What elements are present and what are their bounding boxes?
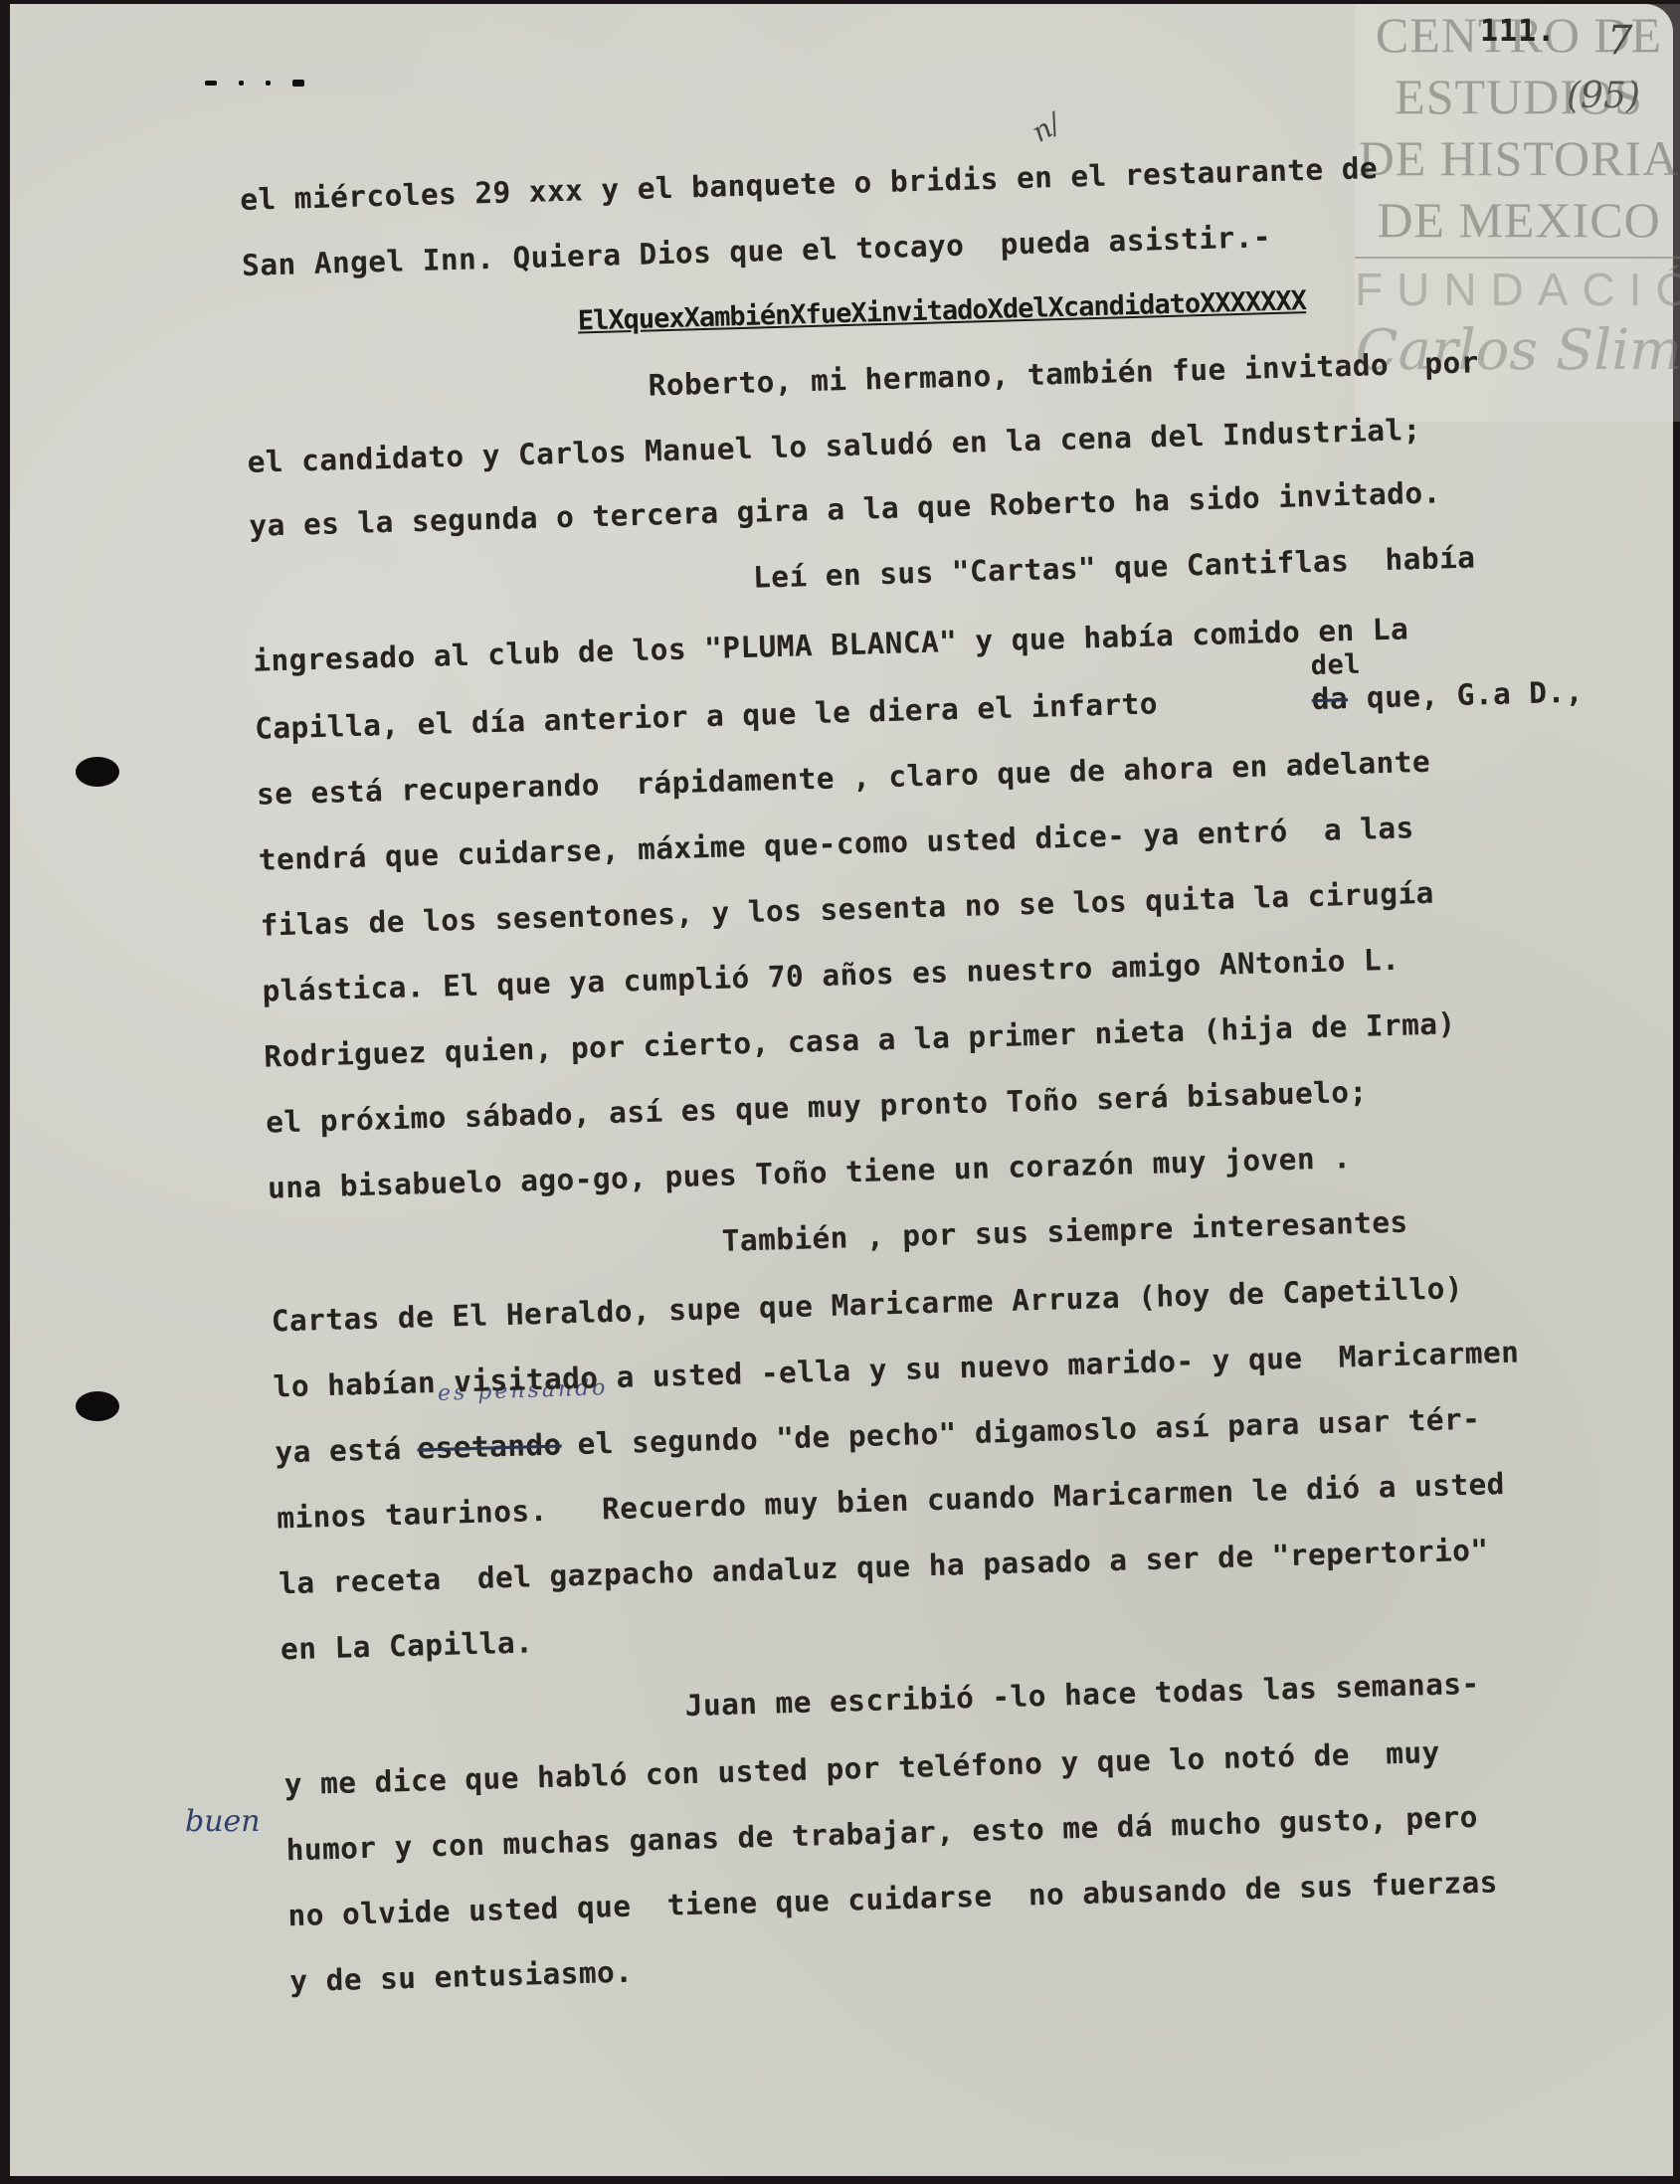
typewriter-marks: [205, 80, 304, 87]
text-line: minos taurinos. Recuerdo muy bien cuando…: [277, 1467, 1505, 1535]
struck-word: da: [1311, 681, 1348, 716]
handwritten-corner-number: 7: [1607, 18, 1632, 64]
text-line: También , por sus siempre interesantes: [721, 1205, 1408, 1258]
text-line: una bisabuelo ago-go, pues Toño tiene un…: [268, 1141, 1352, 1204]
watermark-line-4: DE MEXICO: [1355, 189, 1680, 251]
watermark-divider: [1355, 257, 1680, 259]
text-line: lo habían visitado a usted -ella y su nu…: [273, 1336, 1520, 1404]
page-number: 111.: [1480, 14, 1556, 49]
text-line: no olvide usted que tiene que cuidarse n…: [287, 1865, 1498, 1932]
struck-word: esetando: [417, 1427, 562, 1465]
text-line: que, G.a D.,: [1348, 674, 1584, 715]
text-line: filas de los sesentones, y los sesenta n…: [260, 876, 1434, 943]
watermark-line-3: DE HISTORIA: [1355, 127, 1680, 189]
text-line: el segundo "de pecho" digamoslo así para…: [559, 1402, 1481, 1462]
text-line: ya es la segunda o tercera gira a la que…: [249, 475, 1441, 542]
text-line: ya está: [275, 1431, 420, 1469]
binder-hole-top: [76, 757, 119, 787]
letter-page: CENTRO DE ESTUDIOS DE HISTORIA DE MEXICO…: [10, 4, 1673, 2176]
text-line: Leí en sus "Cartas" que Cantiflas había: [753, 540, 1476, 594]
handwritten-margin-note: buen: [185, 1804, 261, 1839]
struck-out-line: ElXquexXambiénXfueXinvitadoXdelXcandidat…: [577, 285, 1306, 336]
watermark-foundation: FUNDACIÓN: [1355, 263, 1680, 316]
text-line: Juan me escribió -lo hace todas las sema…: [684, 1667, 1480, 1723]
text-line: se está recuperando rápidamente , claro …: [257, 745, 1431, 812]
binder-hole-bottom: [76, 1391, 119, 1421]
text-line: Capilla, el día anterior a que le diera …: [255, 686, 1159, 745]
text-line: plástica. El que ya cumplió 70 años es n…: [262, 943, 1400, 1008]
text-line: tendrá que cuidarse, máxime que-como ust…: [258, 811, 1414, 876]
text-line: humor y con muchas ganas de trabajar, es…: [285, 1800, 1478, 1867]
text-line: ingresado al club de los "PLUMA BLANCA" …: [253, 612, 1409, 677]
text-line: y de su entusiasmo.: [289, 1955, 634, 1999]
text-line: Cartas de El Heraldo, supe que Maricarme…: [271, 1271, 1463, 1338]
inserted-word: del: [1310, 649, 1361, 681]
text-line: la receta del gazpacho andaluz que ha pa…: [279, 1533, 1489, 1600]
text-line: el candidato y Carlos Manuel lo saludó e…: [247, 413, 1421, 479]
text-line: Rodriguez quien, por cierto, casa a la p…: [264, 1006, 1456, 1073]
text-line: San Angel Inn. Quiera Dios que el tocayo…: [242, 220, 1272, 282]
text-line: y me dice que habló con usted por teléfo…: [283, 1735, 1440, 1801]
text-line: el miércoles 29 xxx y el banquete o brid…: [240, 151, 1379, 217]
handwritten-folio: (95): [1567, 76, 1640, 116]
text-line: el próximo sábado, así es que muy pronto…: [266, 1075, 1368, 1140]
text-line: en La Capilla.: [280, 1625, 534, 1666]
handwritten-insert-mark: n/: [1027, 106, 1066, 148]
